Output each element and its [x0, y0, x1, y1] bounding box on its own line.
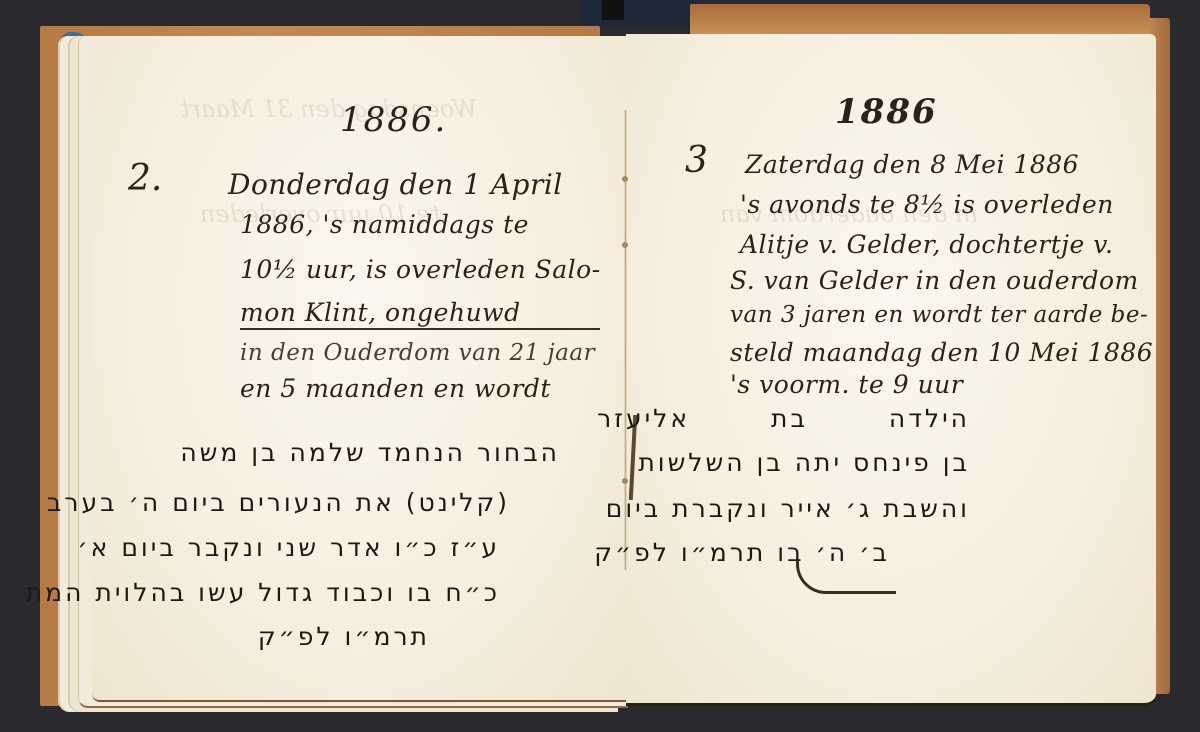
- signature-flourish: [796, 560, 896, 594]
- right-hebrew-line-3: והשבת ג׳ אייר ונקברת ביום: [606, 494, 970, 523]
- right-line-1: Zaterdag den 8 Mei 1886: [745, 150, 1079, 179]
- left-entry-number: 2.: [128, 158, 162, 199]
- underline-rule: [240, 328, 600, 330]
- left-line-4: mon Klint, ongehuwd: [240, 298, 521, 327]
- stitch-hole: [622, 242, 628, 248]
- left-line-2: 1886, 's namiddags te: [240, 210, 529, 239]
- right-page-year: 1886: [835, 92, 938, 132]
- left-line-5: in den Ouderdom van 21 jaar: [240, 340, 595, 366]
- right-line-7: 's voorm. te 9 uur: [730, 370, 963, 399]
- left-hebrew-line-1: הבחור הנחמד שלמה בן משה: [180, 438, 560, 467]
- right-line-4: S. van Gelder in den ouderdom: [730, 266, 1139, 295]
- right-line-3: Alitje v. Gelder, dochtertje v.: [740, 230, 1113, 259]
- right-line-5: van 3 jaren en wordt ter aarde be-: [730, 302, 1148, 328]
- left-line-1: Donderdag den 1 April: [228, 168, 563, 201]
- left-page-year: 1886.: [340, 100, 447, 140]
- clip: [602, 0, 624, 20]
- left-hebrew-line-2: (קלינט) את הנעורים ביום ה׳ בערב: [47, 488, 510, 517]
- left-hebrew-line-3: ע״ז כ״ו אדר שני ונקבר ביום א׳: [77, 533, 500, 562]
- right-entry-number: 3: [685, 140, 708, 181]
- left-line-3: 10½ uur, is overleden Salo-: [240, 255, 601, 284]
- background-strip: [580, 0, 700, 26]
- stitch-hole: [622, 478, 628, 484]
- stitch-hole: [622, 176, 628, 182]
- book-cover-top: [690, 4, 1150, 34]
- right-line-2: 's avonds te 8½ is overleden: [740, 190, 1114, 219]
- right-hebrew-line-1: הילדה בת אליעזר: [597, 404, 970, 433]
- right-line-6: steld maandag den 10 Mei 1886: [730, 338, 1153, 367]
- right-hebrew-line-2: בן פינחס יתה בן השלשות: [638, 448, 970, 477]
- left-hebrew-line-4: כ״ח בו וכבוד גדול עשו בהלוית המת: [26, 578, 500, 607]
- left-hebrew-line-5: תרמ״ו לפ״ק: [258, 622, 430, 651]
- left-line-6: en 5 maanden en wordt: [240, 374, 551, 403]
